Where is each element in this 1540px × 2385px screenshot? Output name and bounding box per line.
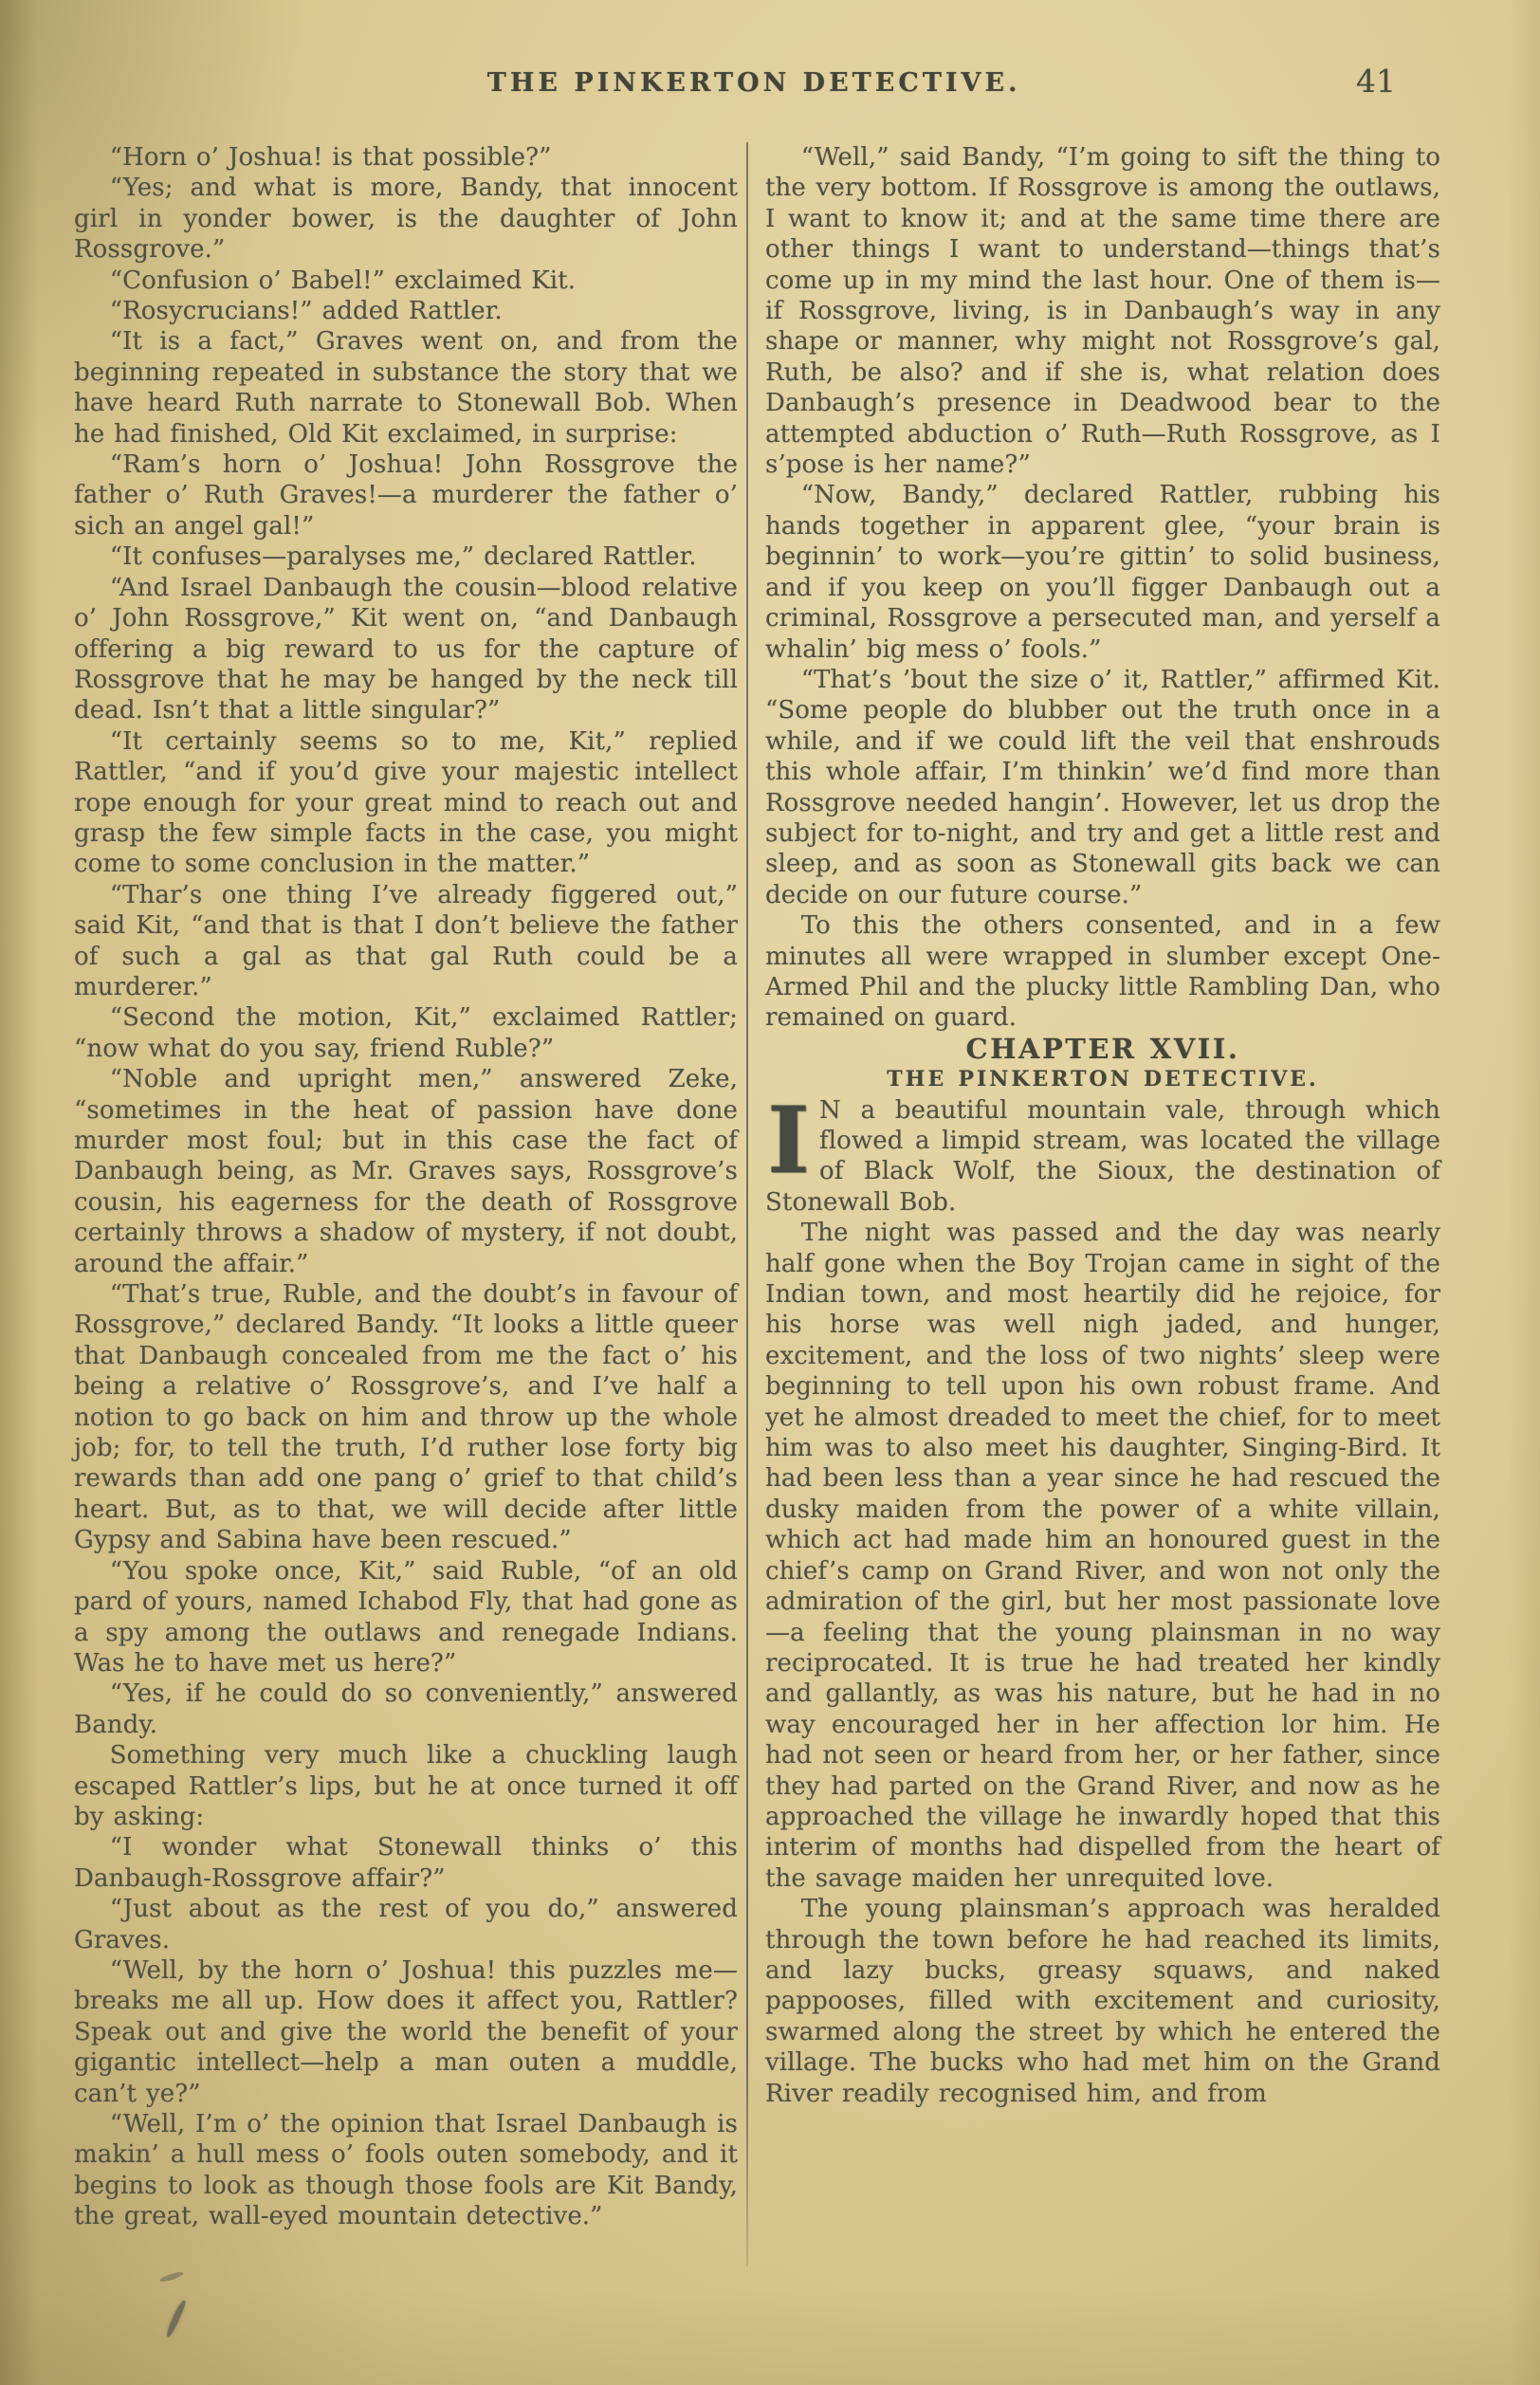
text-block: “Horn o’ Joshua! is that possible?”“Yes;… bbox=[74, 142, 1468, 2266]
paragraph: “Well, I’m o’ the opinion that Israel Da… bbox=[74, 2109, 738, 2232]
paragraph: “Well, by the horn o’ Joshua! this puzzl… bbox=[74, 1955, 738, 2109]
chapter-subheading: THE PINKERTON DETECTIVE. bbox=[765, 1064, 1440, 1094]
paragraph: “Yes, if he could do so conveniently,” a… bbox=[74, 1679, 738, 1740]
paragraph: “That’s true, Ruble, and the doubt’s in … bbox=[74, 1279, 738, 1556]
chapter-heading: CHAPTER XVII. bbox=[765, 1034, 1440, 1064]
pen-mark bbox=[165, 2299, 187, 2338]
page-number: 41 bbox=[1356, 63, 1396, 100]
paragraph: The young plainsman’s approach was heral… bbox=[765, 1894, 1440, 2109]
paragraph: “Yes; and what is more, Bandy, that inno… bbox=[74, 173, 738, 265]
paragraph: To this the others consented, and in a f… bbox=[765, 910, 1440, 1034]
ink-smudge bbox=[159, 2270, 185, 2284]
paragraph: “Horn o’ Joshua! is that possible?” bbox=[74, 142, 738, 173]
left-column: “Horn o’ Joshua! is that possible?”“Yes;… bbox=[74, 142, 738, 2232]
paragraph: “Now, Bandy,” declared Rattler, rubbing … bbox=[765, 480, 1440, 664]
right-column: “Well,” said Bandy, “I’m going to sift t… bbox=[765, 142, 1440, 2109]
paragraph: “I wonder what Stonewall thinks o’ this … bbox=[74, 1832, 738, 1894]
page-header: THE PINKERTON DETECTIVE. 41 bbox=[0, 68, 1540, 114]
paragraph: “Rosycrucians!” added Rattler. bbox=[74, 296, 738, 326]
paragraph: “Second the motion, Kit,” exclaimed Ratt… bbox=[74, 1002, 738, 1064]
right-column-bottom: The night was passed and the day was nea… bbox=[765, 1218, 1440, 2109]
opening-paragraph: IN a beautiful mountain vale, through wh… bbox=[765, 1095, 1440, 1219]
right-column-top: “Well,” said Bandy, “I’m going to sift t… bbox=[765, 142, 1440, 1034]
paragraph: Something very much like a chuckling lau… bbox=[74, 1740, 738, 1832]
paragraph: “And Israel Danbaugh the cousin—blood re… bbox=[74, 573, 738, 726]
drop-cap-initial: I bbox=[765, 1095, 819, 1181]
paragraph: The night was passed and the day was nea… bbox=[765, 1218, 1440, 1894]
paragraph: “It confuses—paralyses me,” declared Rat… bbox=[74, 541, 738, 572]
paragraph: “Thar’s one thing I’ve already figgered … bbox=[74, 880, 738, 1003]
paragraph: “Noble and upright men,” answered Zeke, … bbox=[74, 1064, 738, 1279]
paragraph: “You spoke once, Kit,” said Ruble, “of a… bbox=[74, 1556, 738, 1679]
paragraph: “It certainly seems so to me, Kit,” repl… bbox=[74, 726, 738, 880]
book-page: THE PINKERTON DETECTIVE. 41 “Horn o’ Jos… bbox=[0, 0, 1540, 2385]
column-divider-rule bbox=[746, 142, 748, 2266]
paragraph: “It is a fact,” Graves went on, and from… bbox=[74, 326, 738, 449]
paragraph: “That’s ’bout the size o’ it, Rattler,” … bbox=[765, 665, 1440, 910]
paragraph: “Well,” said Bandy, “I’m going to sift t… bbox=[765, 142, 1440, 480]
paragraph: “Ram’s horn o’ Joshua! John Rossgrove th… bbox=[74, 449, 738, 541]
running-title: THE PINKERTON DETECTIVE. bbox=[487, 68, 1021, 98]
paragraph: “Confusion o’ Babel!” exclaimed Kit. bbox=[74, 266, 738, 296]
opening-paragraph-text: N a beautiful mountain vale, through whi… bbox=[765, 1096, 1440, 1217]
paragraph: “Just about as the rest of you do,” answ… bbox=[74, 1894, 738, 1955]
